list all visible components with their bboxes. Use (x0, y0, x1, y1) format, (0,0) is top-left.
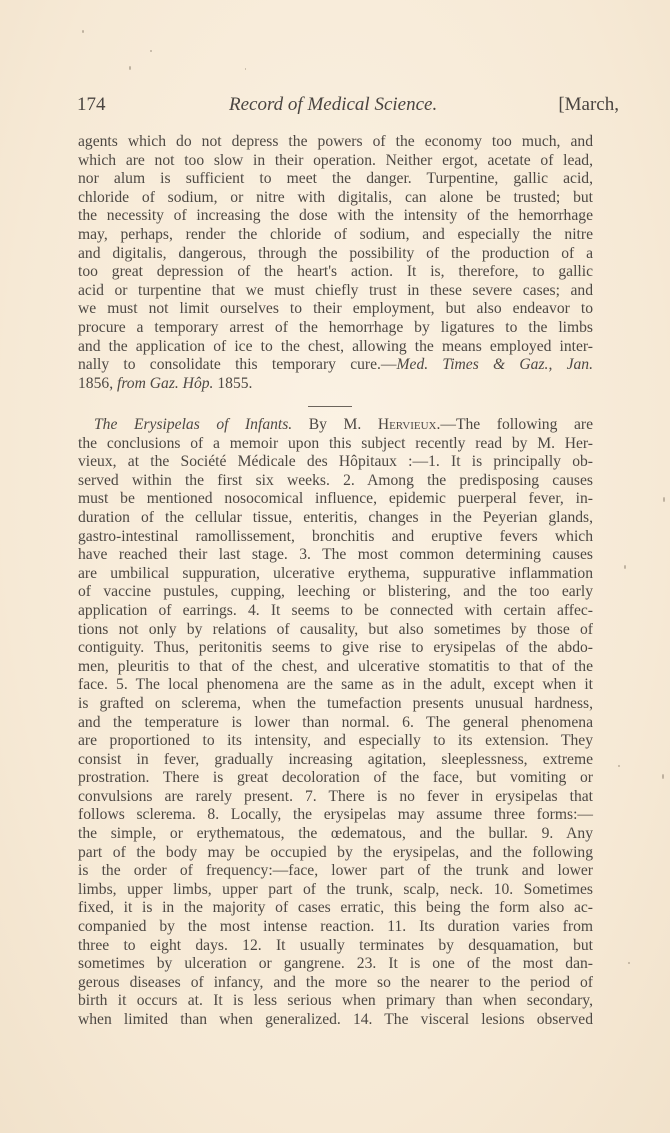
text-line: and the application of ice to the chest,… (78, 338, 593, 357)
article-title-rest: .—The following are (436, 416, 593, 433)
paper-speck (245, 68, 246, 70)
paper-speck (628, 962, 630, 964)
citation-lead: nally to consolidate this temporary cure… (78, 356, 397, 373)
running-month: [March, (558, 94, 619, 116)
text-line: limbs, upper limbs, upper part of the tr… (78, 881, 593, 900)
article-title: The Erysipelas of Infants. (94, 416, 292, 433)
text-line: when limited than when generalized. 14. … (78, 1011, 593, 1030)
text-line: consist in fever, gradually increasing a… (78, 751, 593, 770)
paper-speck (624, 565, 626, 569)
page-number: 174 (77, 94, 106, 116)
text-line: sometimes by ulceration or gangrene. 23.… (78, 955, 593, 974)
text-line: too great depression of the heart's acti… (78, 263, 593, 282)
text-line: the simple, or erythematous, the œdemato… (78, 825, 593, 844)
text-line: face. 5. The local phenomena are the sam… (78, 676, 593, 695)
text-line-citation: nally to consolidate this temporary cure… (78, 356, 593, 375)
text-line: contiguity. Thus, peritonitis seems to g… (78, 639, 593, 658)
section-divider (308, 406, 352, 407)
text-line-citation-end: 1856, from Gaz. Hôp. 1855. (78, 375, 593, 394)
text-line: birth it occurs at. It is less serious w… (78, 992, 593, 1011)
text-line: chloride of sodium, or nitre with digita… (78, 189, 593, 208)
running-title: Record of Medical Science. (229, 94, 437, 116)
text-line: three to eight days. 12. It usually term… (78, 937, 593, 956)
citation-end: 1855. (213, 375, 252, 392)
text-line: and digitalis, dangerous, through the po… (78, 245, 593, 264)
text-line: prostration. There is great decoloration… (78, 769, 593, 788)
running-header: 174 Record of Medical Science. [March, (77, 94, 617, 124)
text-line: is the order of frequency:—face, lower p… (78, 862, 593, 881)
text-line: gastro-intestinal ramollissement, bronch… (78, 528, 593, 547)
text-line: we must not limit ourselves to their emp… (78, 300, 593, 319)
text-line: served within the first six weeks. 2. Am… (78, 472, 593, 491)
citation-from: from Gaz. Hôp. (117, 375, 213, 392)
paper-speck (663, 497, 665, 502)
text-line: companied by the most intense reaction. … (78, 918, 593, 937)
text-line: have reached their last stage. 3. The mo… (78, 546, 593, 565)
text-line: which are not too slow in their operatio… (78, 152, 593, 171)
paper-speck (82, 30, 84, 33)
text-line: the conclusions of a memoir upon this su… (78, 435, 593, 454)
text-line: gerous diseases of infancy, and the more… (78, 974, 593, 993)
article-erysipelas-of-infants: The Erysipelas of Infants. By M. Hervieu… (78, 416, 593, 1030)
paragraph-continuation: agents which do not depress the powers o… (78, 133, 593, 393)
text-line: nor alum is sufficient to meet the dange… (78, 170, 593, 189)
text-line: the necessity of increasing the dose wit… (78, 207, 593, 226)
text-line: and the temperature is lower than normal… (78, 714, 593, 733)
citation-source: Med. Times & Gaz., Jan. (397, 356, 593, 373)
paper-speck (662, 774, 664, 779)
text-line: procure a temporary arrest of the hemorr… (78, 319, 593, 338)
text-line: agents which do not depress the powers o… (78, 133, 593, 152)
article-author: Hervieux (378, 416, 437, 433)
text-line: men, pleuritis to that of the chest, and… (78, 658, 593, 677)
text-line: may, perhaps, render the chloride of sod… (78, 226, 593, 245)
paper-speck (129, 66, 131, 70)
text-line: of vaccine pustules, cupping, leeching o… (78, 583, 593, 602)
article-by: By M. (292, 416, 378, 433)
text-line: application of earrings. 4. It seems to … (78, 602, 593, 621)
text-line: must be mentioned nosocomical influence,… (78, 490, 593, 509)
text-line: follows sclerema. 8. Locally, the erysip… (78, 806, 593, 825)
citation-year: 1856, (78, 375, 117, 392)
text-line: are proportioned to its intensity, and e… (78, 732, 593, 751)
text-line: is grafted on sclerema, when the tumefac… (78, 695, 593, 714)
text-line: tions not only by relations of causality… (78, 621, 593, 640)
text-line: vieux, at the Société Médicale des Hôpit… (78, 453, 593, 472)
article-title-line: The Erysipelas of Infants. By M. Hervieu… (78, 416, 593, 435)
text-line: fixed, it is in the majority of cases er… (78, 899, 593, 918)
paper-speck (150, 50, 152, 52)
text-line: part of the body may be occupied by the … (78, 844, 593, 863)
text-line: are umbilical suppuration, ulcerative er… (78, 565, 593, 584)
paper-speck (618, 765, 620, 767)
text-line: convulsions are rarely present. 7. There… (78, 788, 593, 807)
scanned-page: 174 Record of Medical Science. [March, a… (0, 0, 670, 1133)
text-line: duration of the cellular tissue, enterit… (78, 509, 593, 528)
text-line: acid or turpentine that we must chiefly … (78, 282, 593, 301)
